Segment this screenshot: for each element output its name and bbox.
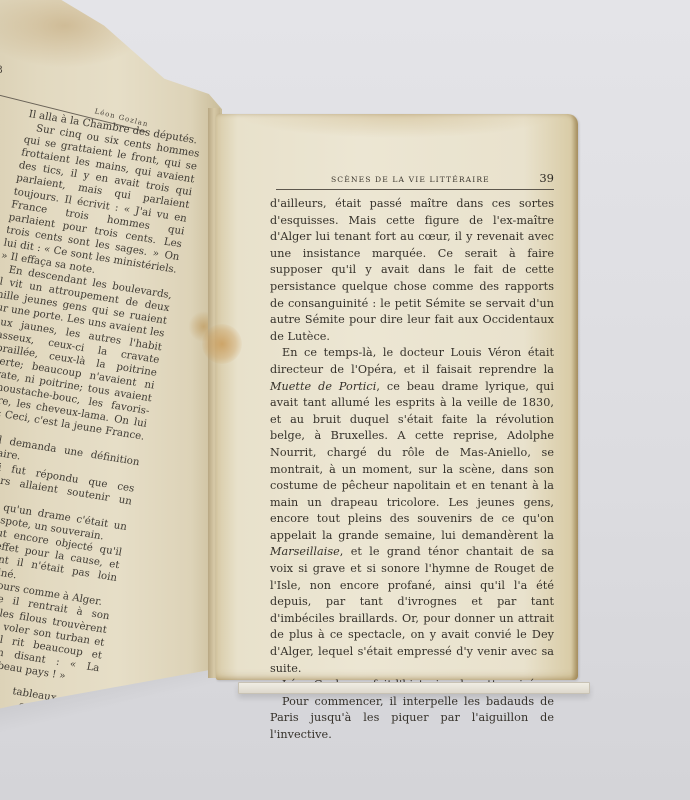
book-photo: 38 Léon Gozlan Il alla à la Chambre des … xyxy=(0,0,690,800)
italic-title: Marseillaise xyxy=(270,545,340,558)
text-run: En ce temps-là, le docteur Louis Véron é… xyxy=(270,346,554,376)
paragraph: Sur cinq ou six cents hommes qui se grat… xyxy=(0,121,200,290)
book-stand xyxy=(238,682,590,694)
text-run: , et le grand ténor chantait de sa voix … xyxy=(270,545,554,674)
right-page: Scènes de la vie littéraire 39 d'ailleur… xyxy=(216,114,578,680)
paragraph: Pour commencer, il interpelle les badaud… xyxy=(270,694,554,744)
right-running-head: Scènes de la vie littéraire 39 xyxy=(276,171,554,190)
paper-stain xyxy=(202,324,242,364)
italic-title: Muette de Portici xyxy=(270,380,376,393)
running-title: Scènes de la vie littéraire xyxy=(331,175,490,184)
paragraph: En ce temps-là, le docteur Louis Véron é… xyxy=(270,345,554,677)
left-page: 38 Léon Gozlan Il alla à la Chambre des … xyxy=(0,0,222,740)
right-page-body: d'ailleurs, était passé maître dans ces … xyxy=(270,196,554,744)
right-page-number: 39 xyxy=(539,171,554,185)
text-run: , ce beau drame lyrique, qui avait tant … xyxy=(270,380,554,542)
paragraph: d'ailleurs, était passé maître dans ces … xyxy=(270,196,554,345)
left-page-number: 38 xyxy=(0,65,3,76)
